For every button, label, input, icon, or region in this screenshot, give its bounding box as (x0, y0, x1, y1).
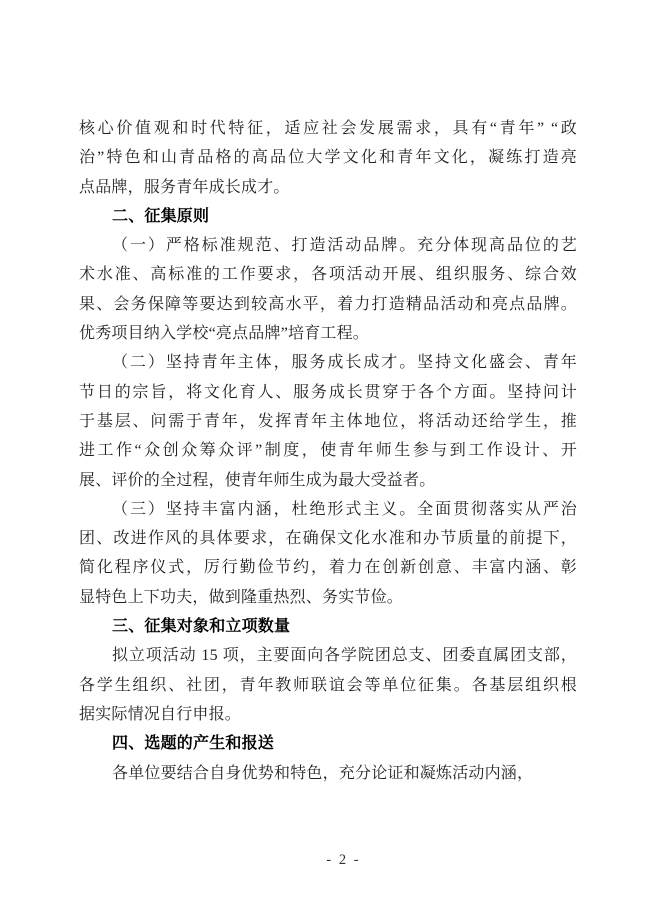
text-line: （三）坚持丰富内涵，杜绝形式主义。全面贯彻落实从严治 (79, 495, 577, 524)
text-line: 进工作“众创众筹众评”制度，使青年师生参与到工作设计、开 (79, 436, 577, 465)
section-heading: 四、选题的产生和报送 (79, 729, 577, 758)
text-line: 果、会务保障等要达到较高水平，着力打造精品活动和亮点品牌。 (79, 290, 577, 319)
document-page: 核心价值观和时代特征，适应社会发展需求，具有“青年” “政治”特色和山青品格的高… (0, 0, 655, 921)
text-line: （二）坚持青年主体，服务成长成才。坚持文化盛会、青年 (79, 348, 577, 377)
text-line: 显特色上下功夫，做到隆重热烈、务实节俭。 (79, 583, 577, 612)
text-line: 核心价值观和时代特征，适应社会发展需求，具有“青年” “政 (79, 114, 577, 143)
document-body: 核心价值观和时代特征，适应社会发展需求，具有“青年” “政治”特色和山青品格的高… (79, 114, 577, 788)
text-line: 简化程序仪式，厉行勤俭节约，着力在创新创意、丰富内涵、彰 (79, 553, 577, 582)
text-line: 据实际情况自行申报。 (79, 700, 577, 729)
text-line: 于基层、问需于青年，发挥青年主体地位，将活动还给学生，推 (79, 407, 577, 436)
page-number: - 2 - (16, 852, 655, 869)
text-line: 节日的宗旨，将文化育人、服务成长贯穿于各个方面。坚持问计 (79, 378, 577, 407)
text-line: 治”特色和山青品格的高品位大学文化和青年文化，凝练打造亮 (79, 143, 577, 172)
text-line: 各学生组织、社团，青年教师联谊会等单位征集。各基层组织根 (79, 671, 577, 700)
text-line: 点品牌，服务青年成长成才。 (79, 173, 577, 202)
text-line: 各单位要结合自身优势和特色，充分论证和凝炼活动内涵， (79, 759, 577, 788)
text-line: 展、评价的全过程，使青年师生成为最大受益者。 (79, 466, 577, 495)
section-heading: 二、征集原则 (79, 202, 577, 231)
text-line: 团、改进作风的具体要求，在确保文化水准和办节质量的前提下， (79, 524, 577, 553)
section-heading: 三、征集对象和立项数量 (79, 612, 577, 641)
text-line: （一）严格标准规范、打造活动品牌。充分体现高品位的艺 (79, 231, 577, 260)
text-line: 术水准、高标准的工作要求，各项活动开展、组织服务、综合效 (79, 260, 577, 289)
text-line: 拟立项活动 15 项，主要面向各学院团总支、团委直属团支部， (79, 641, 577, 670)
text-line: 优秀项目纳入学校“亮点品牌”培育工程。 (79, 319, 577, 348)
